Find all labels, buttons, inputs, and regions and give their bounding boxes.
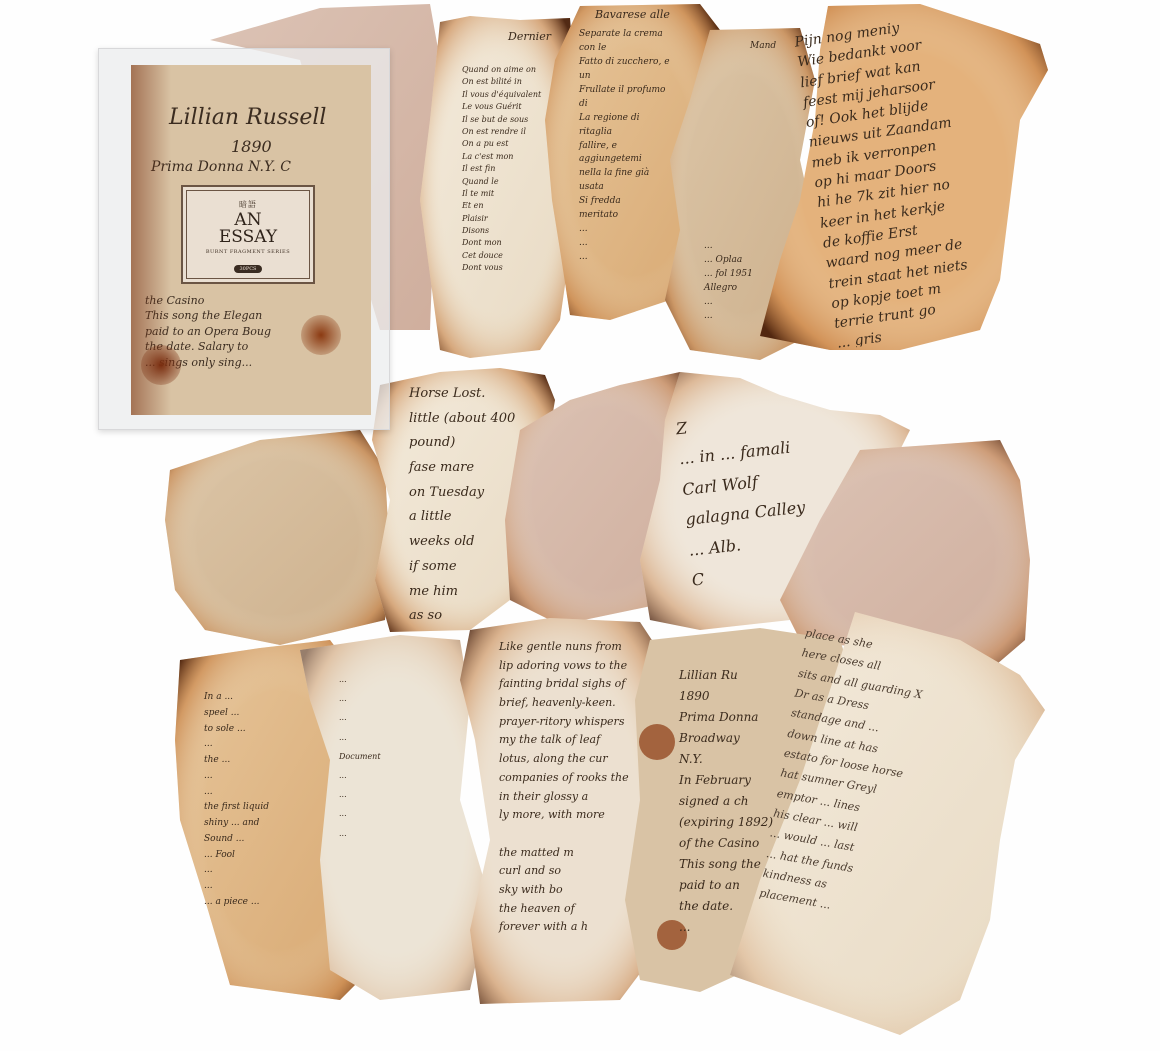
fragment-handwriting: Z ... in ... famali Carl Wolf galagna Ca… <box>675 396 869 596</box>
fragment-handwriting: Pijn nog meniy Wie bedankt voor lief bri… <box>793 6 1032 352</box>
package-series: BURNT FRAGMENT SERIES <box>183 249 313 255</box>
ledger-text: ... ... ... ... Document ... ... ... ... <box>325 660 455 980</box>
dutch-text: Pijn nog meniy Wie bedankt voor lief bri… <box>778 0 1042 352</box>
fragment-handwriting: Quand on aime on On est bilité in Il vou… <box>462 64 548 275</box>
fragment-handwriting: Like gentle nuns from lip adoring vows t… <box>499 638 635 937</box>
package-label: 暗語 AN ESSAY BURNT FRAGMENT SERIES 30PCS <box>181 185 315 284</box>
product-package: Lillian Russell 1890 Prima Donna N.Y. C … <box>98 48 390 430</box>
fragment-handwriting: ... ... ... ... Document ... ... ... ... <box>339 670 445 843</box>
bottom-left-text: In a ... speel ... to sole ... ... the .… <box>190 680 340 980</box>
bavarese-text: Bavarese alle Separate la crema con le F… <box>565 6 685 306</box>
fragment-handwriting: In a ... speel ... to sole ... ... the .… <box>204 690 330 911</box>
fragment-handwriting: ... ... Oplaa ... fol 1951 Allegro ... .… <box>704 240 790 324</box>
package-title-line2: ESSAY <box>183 229 313 246</box>
fragment-heading: Bavarese alle <box>595 6 675 23</box>
calligraphy-text: Z ... in ... famali Carl Wolf galagna Ca… <box>660 385 881 615</box>
burn-spot <box>141 345 181 385</box>
horse-lost-text: Horse Lost. little (about 400 pound) fas… <box>395 372 545 622</box>
brand-mark: 暗語 <box>183 199 313 210</box>
cover-name: Lillian Russell <box>169 105 326 130</box>
fragment-handwriting: Horse Lost. little (about 400 pound) fas… <box>409 382 535 622</box>
narrow-text: Mand ... ... Oplaa ... fol 1951 Allegro … <box>690 40 800 340</box>
fragment-handwriting: place as she here closes all sits and al… <box>757 623 1029 943</box>
cover-line: Prima Donna N.Y. C <box>151 159 291 175</box>
product-photo: Dernier Quand on aime on On est bilité i… <box>0 0 1160 1051</box>
fragment-left-mid <box>165 430 390 645</box>
fragment-heading: Dernier <box>508 28 548 45</box>
burn-spot <box>301 315 341 355</box>
fragment-handwriting: Separate la crema con le Fatto di zucche… <box>579 28 675 265</box>
package-cover: Lillian Russell 1890 Prima Donna N.Y. C … <box>131 65 371 415</box>
cover-year: 1890 <box>231 137 272 156</box>
piece-count-badge: 30PCS <box>234 265 263 273</box>
poem-text: Like gentle nuns from lip adoring vows t… <box>485 628 645 988</box>
dernier-text: Dernier Quand on aime on On est bilité i… <box>448 24 558 344</box>
